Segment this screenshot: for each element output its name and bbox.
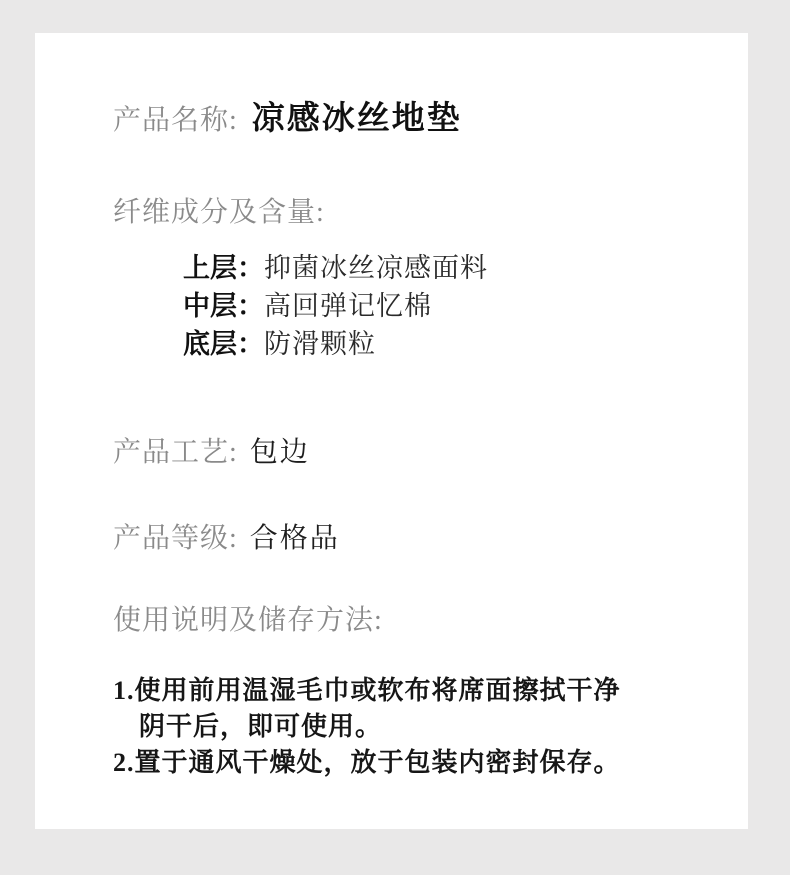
usage-storage-row: 使用说明及储存方法: xyxy=(113,605,383,636)
product-craft-row: 产品工艺:包边 xyxy=(113,437,310,468)
product-name-row: 产品名称:凉感冰丝地垫 xyxy=(113,101,462,138)
product-craft-label: 产品工艺: xyxy=(113,437,238,468)
fiber-composition-row: 纤维成分及含量: xyxy=(113,197,325,228)
product-grade-value: 合格品 xyxy=(250,523,340,554)
layer-middle-value: 高回弹记忆棉 xyxy=(264,291,432,321)
product-name-label: 产品名称: xyxy=(113,105,238,136)
product-name-value: 凉感冰丝地垫 xyxy=(252,101,462,137)
product-spec-card: 产品名称:凉感冰丝地垫 纤维成分及含量: 上层：抑菌冰丝凉感面料 中层：高回弹记… xyxy=(35,33,748,829)
instruction-line-2: 阴干后，即可使用。 xyxy=(113,709,621,745)
product-grade-row: 产品等级:合格品 xyxy=(113,523,340,554)
layer-middle-label: 中层： xyxy=(183,291,264,321)
instruction-line-3: 2.置于通风干燥处，放于包装内密封保存。 xyxy=(113,745,621,781)
fiber-composition-label: 纤维成分及含量: xyxy=(113,197,325,228)
layer-row-middle: 中层：高回弹记忆棉 xyxy=(183,287,488,325)
layer-top-value: 抑菌冰丝凉感面料 xyxy=(264,253,488,283)
layer-bottom-value: 防滑颗粒 xyxy=(264,329,376,359)
product-craft-value: 包边 xyxy=(250,437,310,468)
layer-row-bottom: 底层：防滑颗粒 xyxy=(183,325,488,363)
layer-top-label: 上层： xyxy=(183,253,264,283)
usage-storage-label: 使用说明及储存方法: xyxy=(113,605,383,636)
layer-row-top: 上层：抑菌冰丝凉感面料 xyxy=(183,249,488,287)
product-grade-label: 产品等级: xyxy=(113,523,238,554)
layer-bottom-label: 底层： xyxy=(183,329,264,359)
instruction-line-1: 1.使用前用温湿毛巾或软布将席面擦拭干净 xyxy=(113,673,621,709)
usage-instructions: 1.使用前用温湿毛巾或软布将席面擦拭干净 阴干后，即可使用。 2.置于通风干燥处… xyxy=(113,673,621,781)
fiber-layers-list: 上层：抑菌冰丝凉感面料 中层：高回弹记忆棉 底层：防滑颗粒 xyxy=(183,249,488,363)
